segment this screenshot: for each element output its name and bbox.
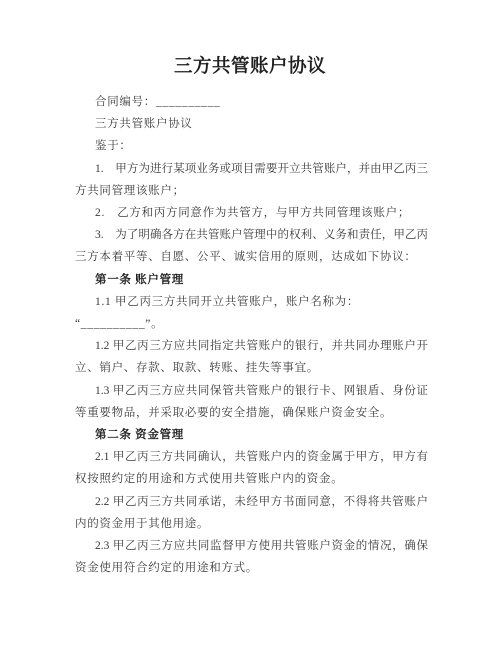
document-body: 合同编号：__________ 三方共管账户协议 鉴于： 1. 甲方为进行某项业… [75, 91, 428, 579]
article-1-heading: 第一条 账户管理 [75, 269, 428, 291]
recital-3-line-2: 三方本着平等、自愿、公平、诚实信用的原则，达成如下协议： [75, 246, 428, 268]
clause-2-3-line-1: 2.3 甲乙丙三方应共同监督甲方使用共管账户资金的情况，确保 [75, 535, 428, 557]
recital-1-line-2: 方共同管理该账户； [75, 180, 428, 202]
clause-1-1-line-2-blank-underline: “__________”。 [75, 313, 428, 335]
clause-1-2-line-1: 1.2 甲乙丙三方应共同指定共管账户的银行，并共同办理账户开 [75, 335, 428, 357]
recital-3-line-1: 3. 为了明确各方在共管账户管理中的权利、义务和责任，甲乙丙 [75, 224, 428, 246]
clause-2-3-line-2: 资金使用符合约定的用途和方式。 [75, 557, 428, 579]
agreement-subtitle-line: 三方共管账户协议 [75, 113, 428, 135]
recital-2-line: 2. 乙方和丙方同意作为共管方，与甲方共同管理该账户； [75, 202, 428, 224]
document-title: 三方共管账户协议 [0, 0, 500, 80]
document-page: 三方共管账户协议 合同编号：__________ 三方共管账户协议 鉴于： 1.… [0, 0, 500, 647]
clause-1-1-line-1: 1.1 甲乙丙三方共同开立共管账户，账户名称为： [75, 291, 428, 313]
whereas-label-line: 鉴于： [75, 135, 428, 157]
clause-1-3-line-1: 1.3 甲乙丙三方应共同保管共管账户的银行卡、网银盾、身份证 [75, 380, 428, 402]
article-2-heading: 第二条 资金管理 [75, 424, 428, 446]
contract-number-line: 合同编号：__________ [75, 91, 428, 113]
recital-1-line-1: 1. 甲方为进行某项业务或项目需要开立共管账户，并由甲乙丙三 [75, 158, 428, 180]
clause-1-3-line-2: 等重要物品，并采取必要的安全措施，确保账户资金安全。 [75, 402, 428, 424]
clause-2-2-line-2: 内的资金用于其他用途。 [75, 513, 428, 535]
clause-2-2-line-1: 2.2 甲乙丙三方共同承诺，未经甲方书面同意，不得将共管账户 [75, 491, 428, 513]
clause-2-1-line-1: 2.1 甲乙丙三方共同确认，共管账户内的资金属于甲方，甲方有 [75, 446, 428, 468]
clause-1-2-line-2: 立、销户、存款、取款、转账、挂失等事宜。 [75, 357, 428, 379]
clause-2-1-line-2: 权按照约定的用途和方式使用共管账户内的资金。 [75, 468, 428, 490]
